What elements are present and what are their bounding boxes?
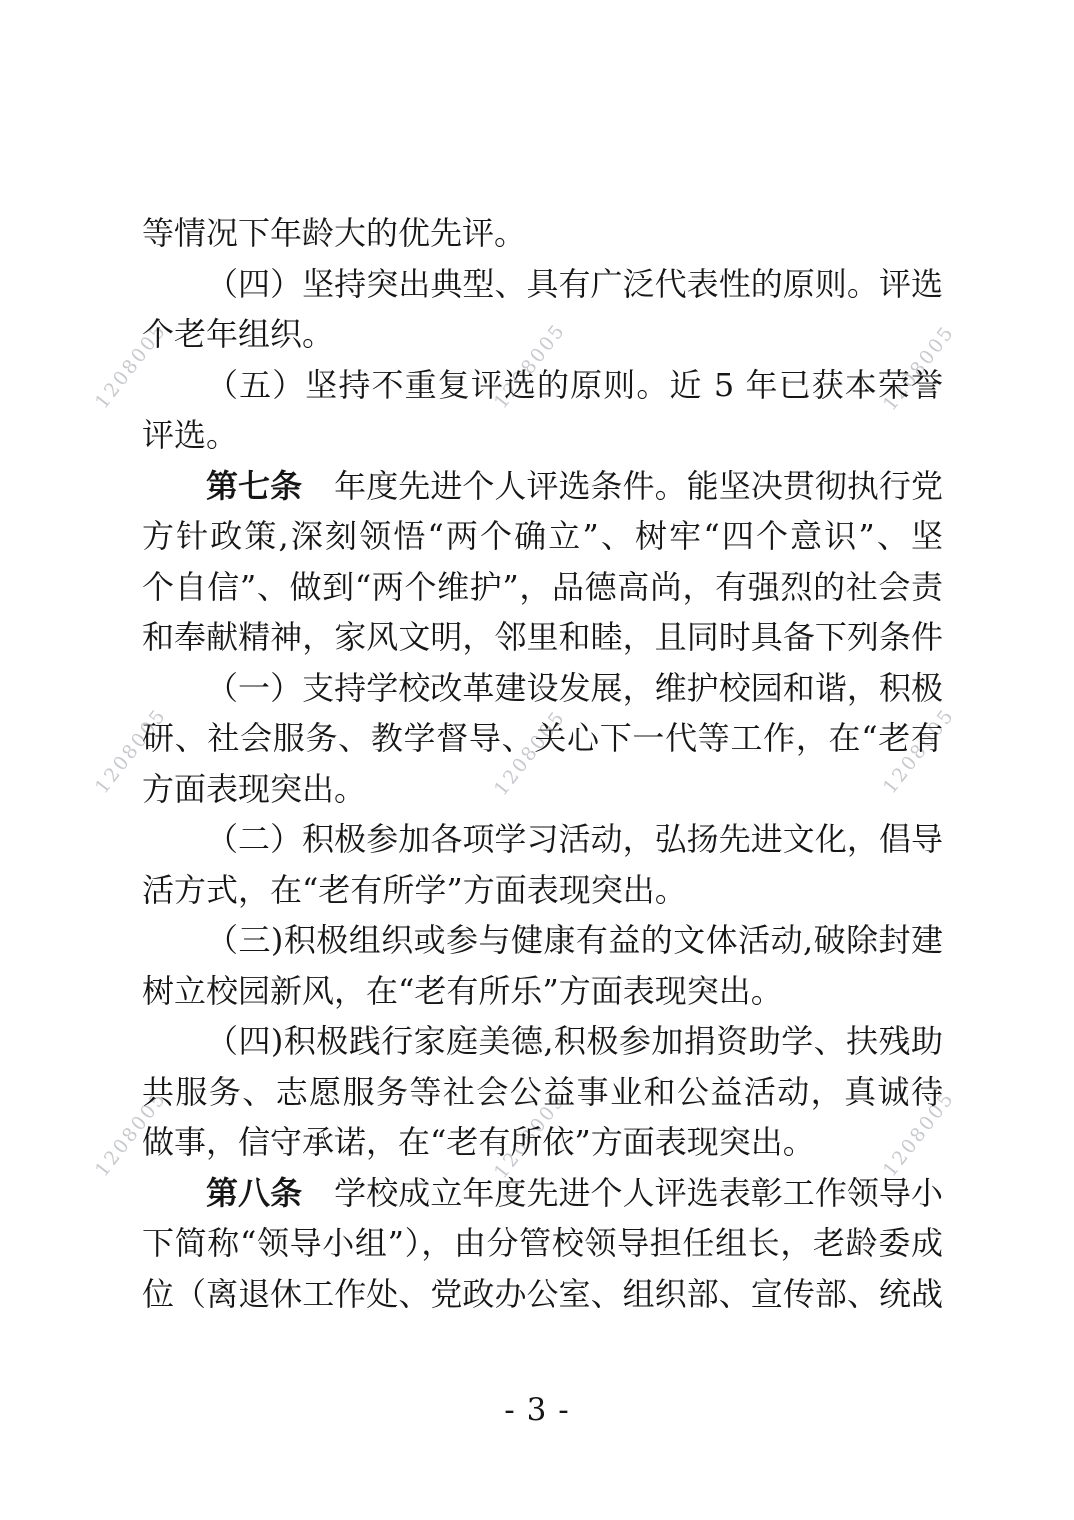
text-run: 做事，信守承诺，在“老有所依”方面表现突出。 (142, 1123, 815, 1161)
text-run: （二）积极参加各项学习活动，弘扬先进文化，倡导新的生 (206, 820, 943, 865)
text-run: 和奉献精神，家风文明，邻里和睦，且同时具备下列条件之一: (142, 618, 943, 663)
text-run: 学校成立年度先进个人评选表彰工作领导小组（以 (206, 1174, 943, 1219)
article-heading-run: 第八条 (206, 1174, 302, 1212)
text-run: 位（离退休工作处、党政办公室、组织部、宣传部、统战部、纪 (142, 1275, 943, 1320)
text-line: 共服务、志愿服务等社会公益事业和公益活动，真诚待人，实心 (142, 1067, 943, 1118)
text-line: 等情况下年龄大的优先评。 (142, 208, 943, 259)
text-line: 做事，信守承诺，在“老有所依”方面表现突出。 (142, 1117, 943, 1168)
text-run: 个老年组织。 (142, 315, 334, 353)
text-line: 下简称“领导小组”），由分管校领导担任组长，老龄委成员单 (142, 1218, 943, 1269)
text-line: 和奉献精神，家风文明，邻里和睦，且同时具备下列条件之一: (142, 612, 943, 663)
document-body: 等情况下年龄大的优先评。（四）坚持突出典型、具有广泛代表性的原则。评选兼顾各个老… (142, 208, 943, 1319)
article-heading-run: 第七条 (206, 467, 302, 505)
text-line: 个老年组织。 (142, 309, 943, 360)
text-line: （三)积极组织或参与健康有益的文体活动,破除封建陋习, (142, 915, 943, 966)
text-run: 共服务、志愿服务等社会公益事业和公益活动，真诚待人，实心 (142, 1073, 943, 1118)
text-line: 方针政策,深刻领悟“两个确立”、树牢“四个意识”、坚定“四 (142, 511, 943, 562)
text-run: （四）坚持突出典型、具有广泛代表性的原则。评选兼顾各 (206, 265, 943, 310)
text-line: 树立校园新风，在“老有所乐”方面表现突出。 (142, 966, 943, 1017)
text-run: 方针政策,深刻领悟“两个确立”、树牢“四个意识”、坚定“四 (142, 517, 943, 562)
text-line: 位（离退休工作处、党政办公室、组织部、宣传部、统战部、纪 (142, 1269, 943, 1320)
text-run: 年度先进个人评选条件。能坚决贯彻执行党的路线 (206, 467, 943, 512)
text-run: 评选。 (142, 416, 238, 454)
text-line: （四)积极践行家庭美德,积极参加捐资助学、扶残助残、公 (142, 1016, 943, 1067)
text-line: （二）积极参加各项学习活动，弘扬先进文化，倡导新的生 (142, 814, 943, 865)
text-line: 研、社会服务、教学督导、关心下一代等工作，在“老有所为” (142, 713, 943, 764)
text-run: （三)积极组织或参与健康有益的文体活动,破除封建陋习, (206, 921, 943, 966)
page-number: - 3 - (0, 1392, 1074, 1428)
text-run: （一）支持学校改革建设发展，维护校园和谐，积极参与科 (206, 669, 943, 714)
text-run: 方面表现突出。 (142, 770, 366, 808)
text-line: 活方式，在“老有所学”方面表现突出。 (142, 865, 943, 916)
text-run: 研、社会服务、教学督导、关心下一代等工作，在“老有所为” (142, 719, 943, 764)
text-run: 个自信”、做到“两个维护”，品德高尚，有强烈的社会责任感 (142, 568, 943, 613)
text-run: 等情况下年龄大的优先评。 (142, 214, 526, 252)
text-line: 个自信”、做到“两个维护”，品德高尚，有强烈的社会责任感 (142, 562, 943, 613)
text-run: （四)积极践行家庭美德,积极参加捐资助学、扶残助残、公 (206, 1022, 943, 1067)
document-page: 1208005120800512080051208005120800512080… (0, 0, 1074, 1520)
text-run: 活方式，在“老有所学”方面表现突出。 (142, 871, 687, 909)
text-run: 树立校园新风，在“老有所乐”方面表现突出。 (142, 972, 783, 1010)
text-run: （五）坚持不重复评选的原则。近 5 年已获本荣誉的不重复 (206, 366, 943, 411)
text-line: 第七条 年度先进个人评选条件。能坚决贯彻执行党的路线 (142, 461, 943, 512)
text-line: （五）坚持不重复评选的原则。近 5 年已获本荣誉的不重复 (142, 360, 943, 411)
text-line: 第八条 学校成立年度先进个人评选表彰工作领导小组（以 (142, 1168, 943, 1219)
text-line: （一）支持学校改革建设发展，维护校园和谐，积极参与科 (142, 663, 943, 714)
text-line: 评选。 (142, 410, 943, 461)
text-line: 方面表现突出。 (142, 764, 943, 815)
text-run: 下简称“领导小组”），由分管校领导担任组长，老龄委成员单 (142, 1224, 943, 1269)
text-line: （四）坚持突出典型、具有广泛代表性的原则。评选兼顾各 (142, 259, 943, 310)
